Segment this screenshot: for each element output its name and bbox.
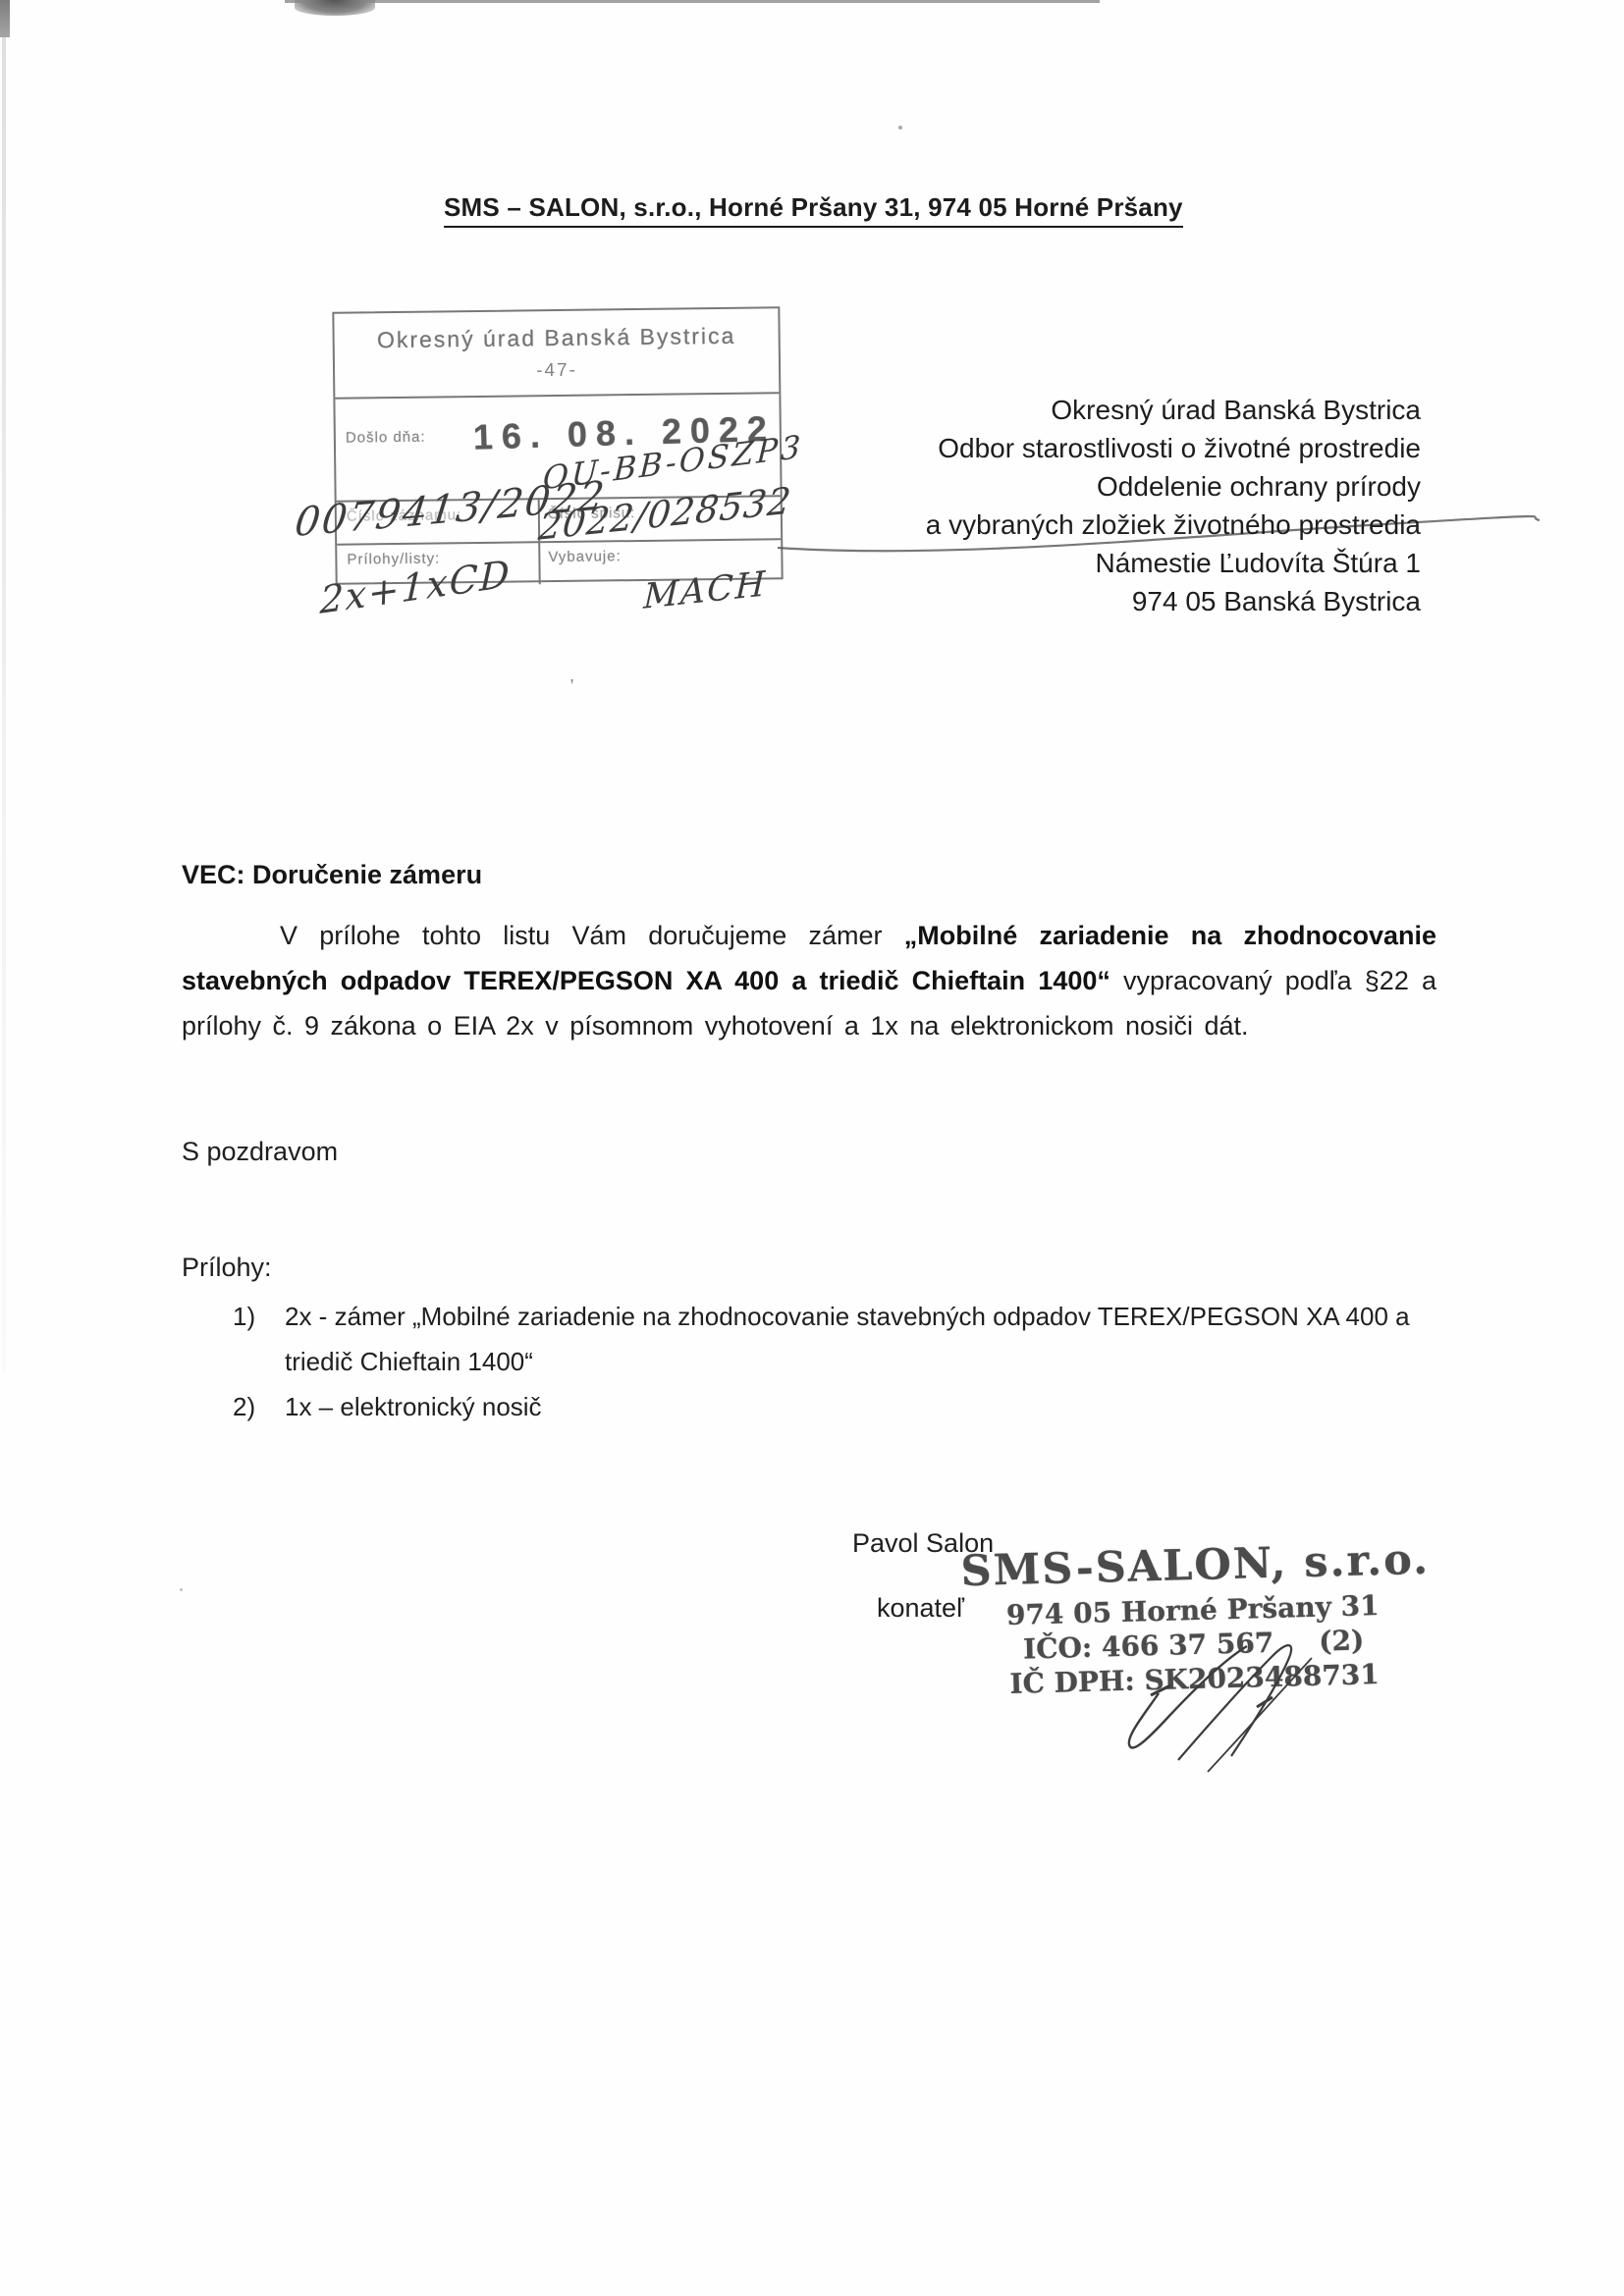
attachments-heading: Prílohy: <box>182 1253 272 1283</box>
body-paragraph: V prílohe tohto listu Vám doručujeme zám… <box>182 913 1436 1048</box>
recipient-line: 974 05 Banská Bystrica <box>746 582 1421 620</box>
receipt-stamp-code: -47- <box>335 357 779 385</box>
recipient-line: Námestie Ľudovíta Štúra 1 <box>746 544 1421 582</box>
scan-speck: , <box>569 666 574 686</box>
scan-speck <box>898 126 902 130</box>
recipient-line: Okresný úrad Banská Bystrica <box>746 391 1421 429</box>
handler-label: Vybavuje: <box>548 548 622 565</box>
attachment-item: 1) 2x - zámer „Mobilné zariadenie na zho… <box>233 1294 1450 1384</box>
scan-smudge-artifact <box>295 0 375 16</box>
scan-edge-artifact <box>0 0 10 37</box>
scan-speck <box>180 1588 183 1591</box>
recipient-line: Oddelenie ochrany prírody <box>746 467 1421 506</box>
sender-headline: SMS – SALON, s.r.o., Horné Pršany 31, 97… <box>444 192 1183 228</box>
scanned-letter-page: , SMS – SALON, s.r.o., Horné Pršany 31, … <box>0 0 1624 2296</box>
signatory-role: konateľ <box>877 1593 964 1624</box>
recipient-address-block: Okresný úrad Banská Bystrica Odbor staro… <box>746 391 1421 620</box>
body-text-start: V prílohe tohto listu Vám doručujeme zám… <box>280 921 904 950</box>
attachment-text: 2x - zámer „Mobilné zariadenie na zhodno… <box>285 1294 1450 1384</box>
recipient-line: a vybraných zložiek životného prostredia <box>746 506 1421 544</box>
stamp-divider <box>335 392 779 400</box>
attachment-number: 2) <box>233 1384 285 1429</box>
received-date-label: Došlo dňa: <box>346 429 426 447</box>
attachment-item: 2) 1x – elektronický nosič <box>233 1384 1450 1429</box>
attachment-text: 1x – elektronický nosič <box>285 1384 1450 1429</box>
subject-line: VEC: Doručenie zámeru <box>182 860 482 890</box>
recipient-line: Odbor starostlivosti o životné prostredi… <box>746 429 1421 467</box>
scan-edge-artifact-faint <box>2 37 6 1372</box>
handwritten-signature <box>1100 1634 1355 1791</box>
receipt-stamp-office: Okresný úrad Banská Bystrica <box>335 322 779 354</box>
attachment-number: 1) <box>233 1294 285 1339</box>
attachments-list: 1) 2x - zámer „Mobilné zariadenie na zho… <box>233 1294 1450 1429</box>
scan-top-line-artifact <box>285 0 1100 3</box>
company-stamp-name: SMS-SALON, s.r.o. <box>960 1535 1423 1596</box>
closing-salutation: S pozdravom <box>182 1137 338 1167</box>
